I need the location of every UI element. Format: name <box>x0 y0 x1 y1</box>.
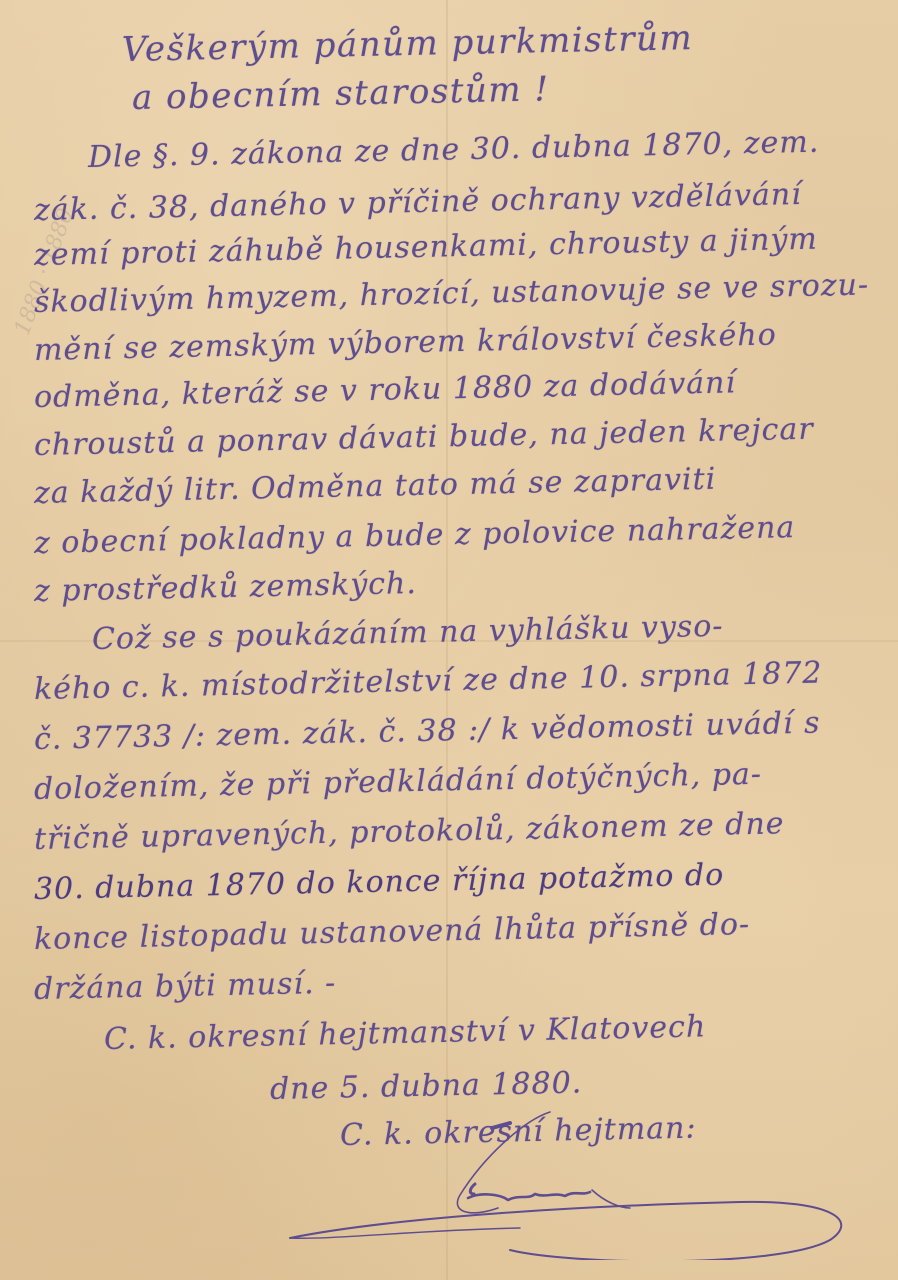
signature: Čermoa <box>270 1090 870 1260</box>
signature-flourish-icon: Čermoa <box>270 1090 870 1260</box>
paragraph-2-line-8: držána býti musí. - <box>34 966 337 1007</box>
